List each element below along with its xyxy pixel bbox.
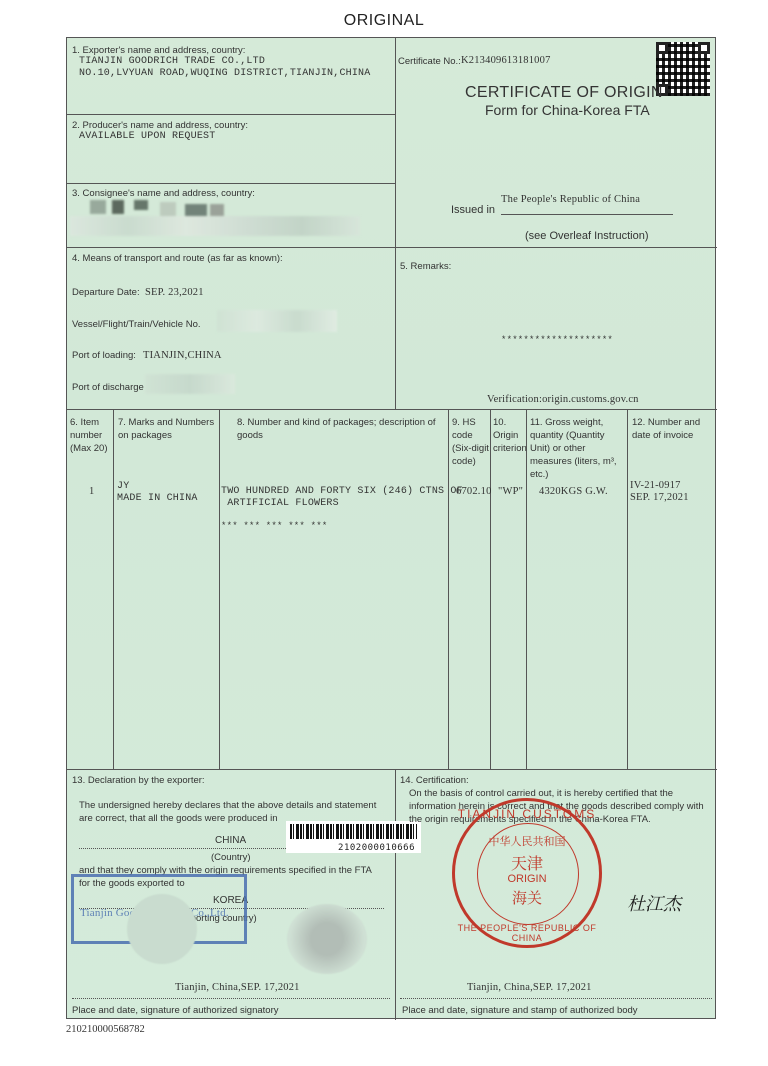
- certification-signature-caption: Place and date, signature and stamp of a…: [402, 1004, 638, 1017]
- divider: [67, 247, 717, 248]
- col-header-item: 6. Item number (Max 20): [70, 416, 112, 455]
- remarks-label: 5. Remarks:: [400, 260, 451, 273]
- verification-text: Verification:origin.customs.gov.cn: [487, 394, 639, 406]
- departure-date: SEP. 23,2021: [145, 287, 204, 299]
- divider: [219, 409, 220, 769]
- certificate-subtitle: Form for China-Korea FTA: [485, 102, 650, 118]
- consignee-redacted: [70, 198, 370, 238]
- divider: [395, 38, 396, 409]
- original-heading: ORIGINAL: [0, 12, 768, 30]
- overleaf-instruction: (see Overleaf Instruction): [525, 230, 649, 243]
- divider: [448, 409, 449, 769]
- seal-inner-arc: 中华人民共和国: [455, 833, 599, 849]
- seal-city: 天津: [455, 851, 599, 874]
- remarks-stars: ********************: [501, 334, 613, 346]
- col-header-hs-code: 9. HS code (Six-digit code): [452, 416, 490, 468]
- official-signature: 杜江杰: [627, 890, 681, 916]
- qr-code: [656, 42, 710, 96]
- divider: [67, 769, 717, 770]
- exporter-signature-caption: Place and date, signature of authorized …: [72, 1004, 279, 1017]
- certificate-no: K213409613181007: [461, 55, 551, 67]
- gross-weight-value: 4320KGS G.W.: [539, 486, 608, 498]
- declaration-country: CHINA: [215, 834, 246, 847]
- port-discharge-label: Port of discharge: [72, 381, 144, 394]
- issued-in-underline: [501, 214, 673, 215]
- port-loading-label: Port of loading:: [72, 349, 136, 362]
- divider: [67, 183, 395, 184]
- issued-in-value: The People's Republic of China: [501, 194, 640, 206]
- port-discharge-redacted: [145, 374, 235, 394]
- col-header-marks: 7. Marks and Numbers on packages: [118, 416, 216, 442]
- criterion-value: "WP": [498, 486, 523, 498]
- vessel-redacted: [217, 310, 337, 332]
- col-header-criterion: 10. Origin criterion: [493, 416, 527, 455]
- exporter-place-date: Tianjin, China,SEP. 17,2021: [175, 982, 300, 994]
- item-number: 1: [89, 486, 94, 498]
- certification-label: 14. Certification:: [400, 774, 469, 787]
- port-loading-value: TIANJIN,CHINA: [143, 350, 222, 362]
- marks-value: JY MADE IN CHINA: [117, 481, 198, 505]
- divider: [627, 409, 628, 769]
- col-header-gross-weight: 11. Gross weight, quantity (Quantity Uni…: [530, 416, 624, 481]
- barcode: 2102000010666: [286, 821, 421, 853]
- divider: [67, 409, 717, 410]
- country-caption: (Country): [211, 851, 251, 864]
- divider: [526, 409, 527, 769]
- description-end-marker: *** *** *** *** ***: [221, 520, 327, 532]
- vessel-label: Vessel/Flight/Train/Vehicle No.: [72, 318, 201, 331]
- certificate-title: CERTIFICATE OF ORIGIN: [465, 84, 663, 102]
- dotted-line: [400, 998, 712, 999]
- certificate-form: 1. Exporter's name and address, country:…: [66, 37, 716, 1019]
- declaration-label: 13. Declaration by the exporter:: [72, 774, 205, 787]
- exporter-address: NO.10,LVYUAN ROAD,WUQING DISTRICT,TIANJI…: [79, 68, 370, 80]
- certification-place-date: Tianjin, China,SEP. 17,2021: [467, 982, 592, 994]
- transport-label: 4. Means of transport and route (as far …: [72, 252, 283, 265]
- departure-label: Departure Date:: [72, 286, 140, 299]
- barcode-number: 2102000010666: [338, 843, 415, 853]
- invoice-value: IV-21-0917 SEP. 17,2021: [630, 480, 689, 504]
- redacted-signature: [127, 894, 197, 964]
- dotted-line: [72, 998, 390, 999]
- hs-code-value: 6702.10: [456, 486, 492, 498]
- seal-customs: 海关: [455, 887, 599, 908]
- redacted-signature: [287, 904, 367, 974]
- description-value: TWO HUNDRED AND FORTY SIX (246) CTNS OF …: [221, 486, 463, 510]
- seal-top-text: TIANJIN CUSTOMS: [455, 807, 599, 821]
- divider: [395, 769, 396, 1020]
- seal-word: ORIGIN: [455, 873, 599, 885]
- certificate-no-label: Certificate No.:: [398, 55, 461, 68]
- document-serial-number: 210210000568782: [66, 1024, 145, 1035]
- issued-in-label: Issued in: [451, 204, 495, 217]
- producer-value: AVAILABLE UPON REQUEST: [79, 131, 215, 143]
- divider: [490, 409, 491, 769]
- col-header-invoice: 12. Number and date of invoice: [632, 416, 712, 442]
- divider: [113, 409, 114, 769]
- customs-seal: TIANJIN CUSTOMS 中华人民共和国 天津 ORIGIN 海关 THE…: [452, 798, 602, 948]
- seal-bottom-text: THE PEOPLE'S REPUBLIC OF CHINA: [455, 923, 599, 943]
- exporter-name: TIANJIN GOODRICH TRADE CO.,LTD: [79, 56, 265, 68]
- divider: [67, 114, 395, 115]
- col-header-description: 8. Number and kind of packages; descript…: [237, 416, 437, 442]
